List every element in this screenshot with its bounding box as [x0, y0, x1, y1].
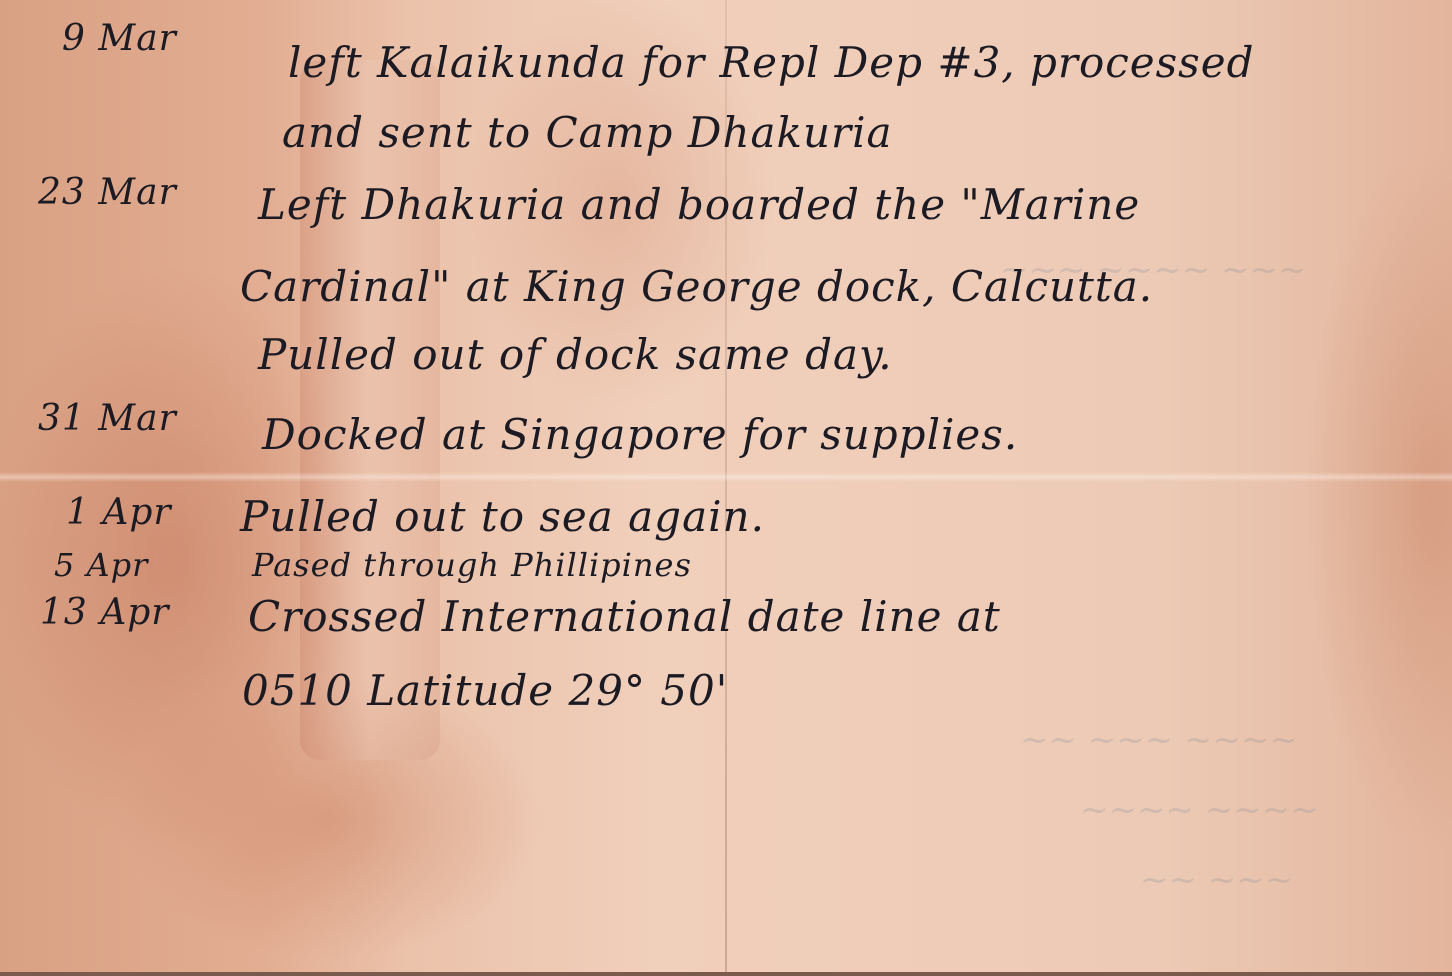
- horizontal-fold-crease: [0, 472, 1452, 482]
- entry-line: 0510 Latitude 29° 50': [242, 666, 728, 715]
- entry-date: 31 Mar: [38, 398, 177, 439]
- entry-line: Pulled out of dock same day.: [258, 330, 893, 379]
- entry-line: Crossed International date line at: [248, 592, 1001, 641]
- entry-line: and sent to Camp Dhakuria: [282, 108, 893, 157]
- entry-date: 23 Mar: [38, 172, 177, 213]
- entry-line: Cardinal" at King George dock, Calcutta.: [240, 262, 1153, 311]
- bleed-through-text: ~~ ~~~ ~~~~: [1020, 720, 1298, 760]
- entry-date: 9 Mar: [62, 18, 177, 59]
- entry-date: 13 Apr: [40, 592, 170, 633]
- entry-line: left Kalaikunda for Repl Dep #3, process…: [288, 38, 1254, 87]
- page-bottom-edge: [0, 972, 1452, 976]
- entry-date: 1 Apr: [66, 492, 172, 533]
- entry-date: 5 Apr: [54, 546, 148, 584]
- journal-page: ~~~ ~~~~ ~~~ ~~ ~~~ ~~~~ ~~~~ ~~~~ ~~ ~~…: [0, 0, 1452, 976]
- bleed-through-text: ~~~~ ~~~~: [1080, 790, 1319, 830]
- entry-line: Docked at Singapore for supplies.: [262, 410, 1018, 459]
- entry-line: Pased through Phillipines: [252, 546, 692, 584]
- bleed-through-text: ~~ ~~~: [1140, 860, 1293, 900]
- entry-line: Pulled out to sea again.: [240, 492, 765, 541]
- entry-line: Left Dhakuria and boarded the "Marine: [258, 180, 1140, 229]
